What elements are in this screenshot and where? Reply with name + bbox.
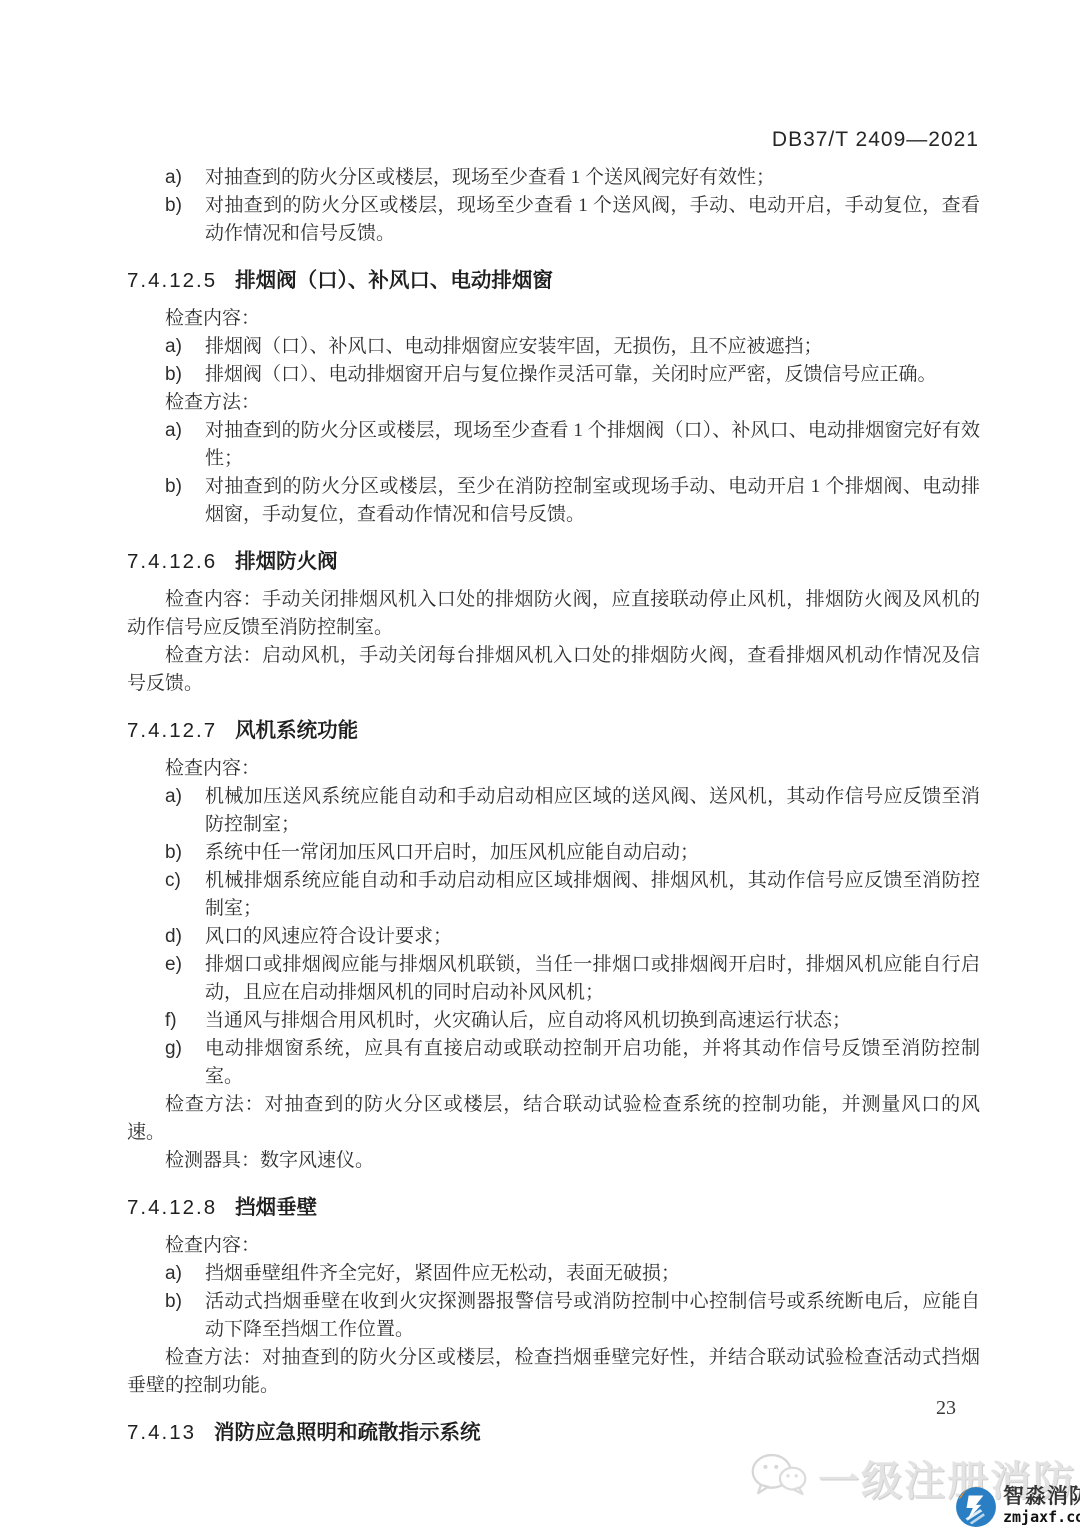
- list-marker: f): [127, 1007, 205, 1035]
- list-marker: a): [127, 164, 205, 192]
- check-content-label: 检查内容：: [127, 305, 980, 333]
- list-marker: a): [127, 333, 205, 361]
- list-marker: e): [127, 951, 205, 1007]
- list-item: g) 电动排烟窗系统，应具有直接启动或联动控制开启功能，并将其动作信号反馈至消防…: [127, 1035, 980, 1091]
- list-marker: a): [127, 417, 205, 473]
- list-text: 机械加压送风系统应能自动和手动启动相应区域的送风阀、送风机，其动作信号应反馈至消…: [205, 783, 980, 839]
- list-marker: b): [127, 192, 205, 248]
- check-method-paragraph: 检查方法：对抽查到的防火分区或楼层，结合联动试验检查系统的控制功能，并测量风口的…: [127, 1091, 980, 1147]
- section-title: 挡烟垂壁: [235, 1190, 317, 1220]
- list-item: a) 对抽查到的防火分区或楼层，现场至少查看 1 个排烟阀（口）、补风口、电动排…: [127, 417, 980, 473]
- check-method-paragraph: 检查方法：启动风机，手动关闭每台排烟风机入口处的排烟防火阀，查看排烟风机动作情况…: [127, 642, 980, 698]
- list-text: 机械排烟系统应能自动和手动启动相应区域排烟阀、排烟风机，其动作信号应反馈至消防控…: [205, 867, 980, 923]
- section-number: 7.4.12.5: [127, 269, 217, 293]
- wechat-icon: [750, 1451, 808, 1504]
- list-marker: g): [127, 1035, 205, 1091]
- section-heading-7-4-13: 7.4.13 消防应急照明和疏散指示系统: [127, 1415, 980, 1445]
- list-marker: b): [127, 473, 205, 529]
- section-title: 排烟阀（口）、补风口、电动排烟窗: [235, 263, 553, 293]
- document-body: a) 对抽查到的防火分区或楼层，现场至少查看 1 个送风阀完好有效性； b) 对…: [127, 164, 980, 1457]
- list-text: 对抽查到的防火分区或楼层，至少在消防控制室或现场手动、电动开启 1 个排烟阀、电…: [205, 473, 980, 529]
- list-item: b) 系统中任一常闭加压风口开启时，加压风机应能自动启动；: [127, 839, 980, 867]
- list-item: b) 活动式挡烟垂壁在收到火灾探测器报警信号或消防控制中心控制信号或系统断电后，…: [127, 1288, 980, 1344]
- list-item: b) 排烟阀（口）、电动排烟窗开启与复位操作灵活可靠，关闭时应严密，反馈信号应正…: [127, 361, 980, 389]
- check-method-paragraph: 检查方法：对抽查到的防火分区或楼层，检查挡烟垂壁完好性，并结合联动试验检查活动式…: [127, 1344, 980, 1400]
- list-marker: d): [127, 923, 205, 951]
- section-title: 消防应急照明和疏散指示系统: [214, 1415, 481, 1445]
- list-item: a) 机械加压送风系统应能自动和手动启动相应区域的送风阀、送风机，其动作信号应反…: [127, 783, 980, 839]
- section-number: 7.4.12.7: [127, 719, 217, 743]
- section-title: 风机系统功能: [235, 713, 358, 743]
- list-item: e) 排烟口或排烟阀应能与排烟风机联锁，当任一排烟口或排烟阀开启时，排烟风机应能…: [127, 951, 980, 1007]
- list-item: f) 当通风与排烟合用风机时，火灾确认后，应自动将风机切换到高速运行状态；: [127, 1007, 980, 1035]
- list-text: 排烟阀（口）、电动排烟窗开启与复位操作灵活可靠，关闭时应严密，反馈信号应正确。: [205, 361, 980, 389]
- list-marker: c): [127, 867, 205, 923]
- section-heading-7-4-12-5: 7.4.12.5 排烟阀（口）、补风口、电动排烟窗: [127, 263, 980, 293]
- list-text: 风口的风速应符合设计要求；: [205, 923, 980, 951]
- list-item: d) 风口的风速应符合设计要求；: [127, 923, 980, 951]
- section-number: 7.4.12.6: [127, 550, 217, 574]
- test-device-paragraph: 检测器具：数字风速仪。: [127, 1147, 980, 1175]
- list-item: a) 挡烟垂壁组件齐全完好，紧固件应无松动，表面无破损；: [127, 1260, 980, 1288]
- section-title: 排烟防火阀: [235, 544, 338, 574]
- section-number: 7.4.12.8: [127, 1196, 217, 1220]
- list-text: 活动式挡烟垂壁在收到火灾探测器报警信号或消防控制中心控制信号或系统断电后，应能自…: [205, 1288, 980, 1344]
- list-marker: b): [127, 839, 205, 867]
- brand-domain: zmjaxf.com: [1003, 1510, 1080, 1525]
- list-item: c) 机械排烟系统应能自动和手动启动相应区域排烟阀、排烟风机，其动作信号应反馈至…: [127, 867, 980, 923]
- document-code: DB37/T 2409—2021: [772, 128, 979, 152]
- list-text: 对抽查到的防火分区或楼层，现场至少查看 1 个送风阀完好有效性；: [205, 164, 980, 192]
- list-item: a) 排烟阀（口）、补风口、电动排烟窗应安装牢固，无损伤，且不应被遮挡；: [127, 333, 980, 361]
- list-item: b) 对抽查到的防火分区或楼层，至少在消防控制室或现场手动、电动开启 1 个排烟…: [127, 473, 980, 529]
- check-method-label: 检查方法：: [127, 389, 980, 417]
- zhimiao-brand: 智淼消防 zmjaxf.com: [955, 1486, 1080, 1528]
- check-content-label: 检查内容：: [127, 1232, 980, 1260]
- list-text: 排烟阀（口）、补风口、电动排烟窗应安装牢固，无损伤，且不应被遮挡；: [205, 333, 980, 361]
- list-item: b) 对抽查到的防火分区或楼层，现场至少查看 1 个送风阀，手动、电动开启，手动…: [127, 192, 980, 248]
- list-marker: b): [127, 1288, 205, 1344]
- list-text: 挡烟垂壁组件齐全完好，紧固件应无松动，表面无破损；: [205, 1260, 980, 1288]
- page-number: 23: [936, 1397, 956, 1420]
- list-marker: a): [127, 1260, 205, 1288]
- section-heading-7-4-12-7: 7.4.12.7 风机系统功能: [127, 713, 980, 743]
- check-content-label: 检查内容：: [127, 755, 980, 783]
- brand-text-column: 智淼消防 zmjaxf.com: [1003, 1486, 1080, 1525]
- list-text: 当通风与排烟合用风机时，火灾确认后，应自动将风机切换到高速运行状态；: [205, 1007, 980, 1035]
- check-content-paragraph: 检查内容：手动关闭排烟风机入口处的排烟防火阀，应直接联动停止风机，排烟防火阀及风…: [127, 586, 980, 642]
- list-marker: a): [127, 783, 205, 839]
- section-number: 7.4.13: [127, 1421, 196, 1445]
- list-text: 对抽查到的防火分区或楼层，现场至少查看 1 个送风阀，手动、电动开启，手动复位，…: [205, 192, 980, 248]
- section-heading-7-4-12-8: 7.4.12.8 挡烟垂壁: [127, 1190, 980, 1220]
- zhimiao-logo-icon: [955, 1486, 997, 1528]
- section-heading-7-4-12-6: 7.4.12.6 排烟防火阀: [127, 544, 980, 574]
- list-text: 排烟口或排烟阀应能与排烟风机联锁，当任一排烟口或排烟阀开启时，排烟风机应能自行启…: [205, 951, 980, 1007]
- list-text: 系统中任一常闭加压风口开启时，加压风机应能自动启动；: [205, 839, 980, 867]
- brand-name: 智淼消防: [1003, 1486, 1080, 1507]
- list-text: 对抽查到的防火分区或楼层，现场至少查看 1 个排烟阀（口）、补风口、电动排烟窗完…: [205, 417, 980, 473]
- document-page: DB37/T 2409—2021 a) 对抽查到的防火分区或楼层，现场至少查看 …: [0, 0, 1080, 1528]
- list-text: 电动排烟窗系统，应具有直接启动或联动控制开启功能，并将其动作信号反馈至消防控制室…: [205, 1035, 980, 1091]
- list-item: a) 对抽查到的防火分区或楼层，现场至少查看 1 个送风阀完好有效性；: [127, 164, 980, 192]
- list-marker: b): [127, 361, 205, 389]
